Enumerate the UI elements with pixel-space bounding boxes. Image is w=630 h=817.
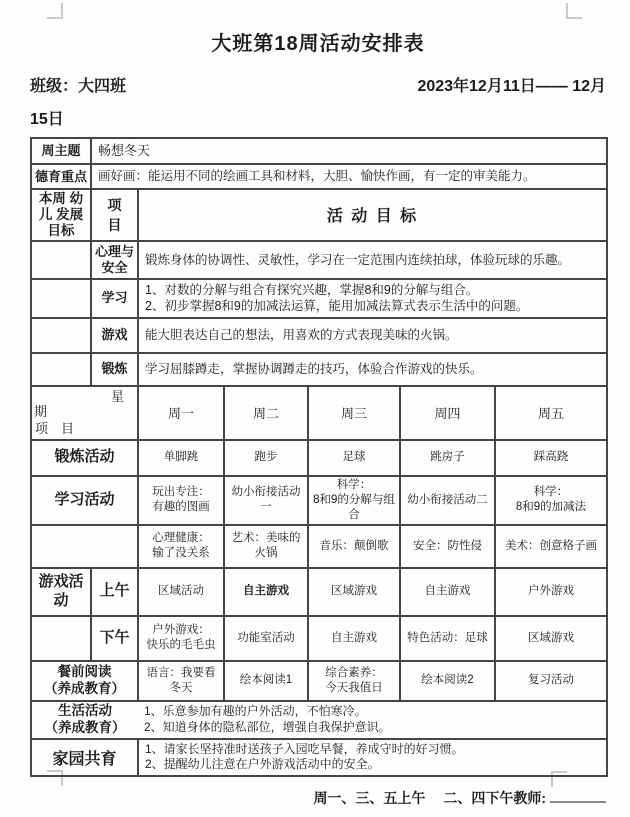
goal-text: 1、对数的分解与组合有探究兴趣，掌握8和9的分解与组合。 2、初步掌握8和9的加… [138, 279, 607, 318]
schedule-cell: 科学： 8和9的加减法 [495, 476, 607, 525]
day-header-thursday: 周四 [400, 386, 495, 440]
schedule-cell: 幼小衔接活动二 [400, 476, 495, 525]
row-goal-exercise: 锻炼 学习屈膝蹲走，掌握协调蹲走的技巧，体验合作游戏的快乐。 [31, 353, 607, 386]
goal-item-label: 锻炼 [91, 353, 138, 386]
schedule-cell: 复习活动 [495, 661, 607, 701]
learning-activity-label: 学习活动 [31, 476, 138, 525]
row-life-activity: 生活活动 （养成教育） 1、乐意参加有趣的户外活动，不怕寒冷。 2、知道身体的隐… [31, 701, 607, 739]
schedule-cell: 安全：防性侵 [400, 525, 495, 568]
schedule-cell: 区域活动 [138, 568, 224, 616]
goal-text: 能大胆表达自己的想法，用喜欢的方式表现美味的火锅。 [138, 318, 607, 353]
day-header-friday: 周五 [495, 386, 607, 440]
schedule-cell: 绘本阅读1 [224, 661, 308, 701]
row-moral-focus: 德育重点 画好画：能运用不同的绘画工具和材料，大胆、愉快作画，有一定的审美能力。 [31, 164, 607, 189]
empty-label-cell [31, 616, 91, 661]
row-game-morning: 游戏活动 上午 区域活动 自主游戏 区域游戏 自主游戏 户外游戏 [31, 568, 607, 616]
pre-meal-reading-label: 餐前阅读 （养成教育） [31, 661, 138, 701]
exercise-activity-label: 锻炼活动 [31, 440, 138, 476]
class-name: 班级：大四班 [30, 73, 126, 96]
row-goal-header: 本周 幼儿 发展 目标 项 目 活 动 目 标 [31, 189, 607, 241]
week-theme-value: 畅想冬天 [91, 138, 607, 164]
row-learning-activity-1: 学习活动 玩出专注： 有趣的图画 幼小衔接活动一 科学： 8和9的分解与组合 幼… [31, 476, 607, 525]
schedule-cell: 区域游戏 [495, 616, 607, 661]
day-header-monday: 周一 [138, 386, 224, 440]
goal-text: 锻炼身体的协调性、灵敏性，学习在一定范围内连续拍球，体验玩球的乐趣。 [138, 241, 607, 279]
dev-goal-label: 本周 幼儿 发展 目标 [31, 189, 91, 241]
document-title: 大班第18周活动安排表 [30, 27, 606, 56]
schedule-cell: 科学： 8和9的分解与组合 [308, 476, 400, 525]
moral-focus-label: 德育重点 [31, 164, 91, 189]
schedule-cell: 功能室活动 [224, 616, 308, 661]
meta-row: 班级：大四班 2023年12月11日—— 12月 [30, 73, 606, 96]
date-range-continued: 15日 [30, 106, 606, 129]
day-header-tuesday: 周二 [224, 386, 308, 440]
footer-note: 周一、三、五上午 二、四下午教师: [30, 788, 606, 808]
goal-item-label: 心理与安全 [91, 241, 138, 279]
item-column-header: 项 目 [91, 189, 138, 241]
afternoon-label: 下午 [91, 616, 138, 661]
row-goal-learning: 学习 1、对数的分解与组合有探究兴趣，掌握8和9的分解与组合。 2、初步掌握8和… [31, 279, 607, 318]
schedule-cell: 跑步 [224, 440, 308, 476]
schedule-cell: 美术：创意格子画 [495, 525, 607, 568]
life-activity-text: 1、乐意参加有趣的户外活动，不怕寒冷。 2、知道身体的隐私部位，增强自我保护意识… [138, 701, 607, 739]
corner-qi-char: 期 [34, 405, 47, 418]
moral-focus-value: 画好画：能运用不同的绘画工具和材料，大胆、愉快作画，有一定的审美能力。 [91, 164, 607, 189]
row-exercise-activity: 锻炼活动 单脚跳 跑步 足球 跳房子 踩高跷 [31, 440, 607, 476]
row-goal-game: 游戏 能大胆表达自己的想法，用喜欢的方式表现美味的火锅。 [31, 318, 607, 353]
document-page: 大班第18周活动安排表 班级：大四班 2023年12月11日—— 12月 15日… [30, 0, 606, 808]
schedule-cell: 幼小衔接活动一 [224, 476, 308, 525]
row-pre-meal-reading: 餐前阅读 （养成教育） 语言：我要看冬天 绘本阅读1 综合素养： 今天我值日 绘… [31, 661, 607, 701]
schedule-cell: 综合素养： 今天我值日 [308, 661, 400, 701]
schedule-cell: 玩出专注： 有趣的图画 [138, 476, 224, 525]
schedule-cell: 跳房子 [400, 440, 495, 476]
dev-goal-spacer-cell [31, 279, 91, 318]
dev-goal-spacer-cell [31, 318, 91, 353]
schedule-cell: 踩高跷 [495, 440, 607, 476]
goal-item-label: 游戏 [91, 318, 138, 353]
home-school-label: 家园共育 [31, 739, 138, 777]
row-goal-psych-safety: 心理与安全 锻炼身体的协调性、灵敏性，学习在一定范围内连续拍球，体验玩球的乐趣。 [31, 241, 607, 279]
dev-goal-spacer-cell [31, 241, 91, 279]
row-learning-activity-2: 心理健康： 输了没关系 艺术：美味的火锅 音乐：颠倒歌 安全：防性侵 美术：创意… [31, 525, 607, 568]
teacher-signature-line [550, 789, 606, 803]
teachers-note: 周一、三、五上午 二、四下午教师: [313, 790, 546, 806]
schedule-cell: 自主游戏 [400, 568, 495, 616]
empty-label-cell [31, 525, 138, 568]
corner-star-char: 星 [111, 390, 124, 403]
game-activity-label: 游戏活动 [31, 568, 91, 616]
week-theme-label: 周主题 [31, 138, 91, 164]
schedule-cell: 自主游戏 [308, 616, 400, 661]
schedule-cell: 区域游戏 [308, 568, 400, 616]
schedule-table: 周主题 畅想冬天 德育重点 画好画：能运用不同的绘画工具和材料，大胆、愉快作画，… [30, 137, 608, 777]
schedule-cell: 音乐：颠倒歌 [308, 525, 400, 568]
corner-header-cell: 星 期 项 目 [31, 386, 138, 440]
schedule-cell: 语言：我要看冬天 [138, 661, 224, 701]
schedule-cell: 户外游戏： 快乐的毛毛虫 [138, 616, 224, 661]
schedule-cell: 单脚跳 [138, 440, 224, 476]
day-header-wednesday: 周三 [308, 386, 400, 440]
dev-goal-spacer-cell [31, 353, 91, 386]
date-range: 2023年12月11日—— 12月 [417, 73, 606, 96]
schedule-cell: 自主游戏 [224, 568, 308, 616]
home-school-text: 1、请家长坚持准时送孩子入园吃早餐，养成守时的好习惯。 2、提醒幼儿注意在户外游… [138, 739, 607, 777]
row-week-theme: 周主题 畅想冬天 [31, 138, 607, 164]
corner-item-label: 项 目 [35, 422, 74, 435]
schedule-cell: 艺术：美味的火锅 [224, 525, 308, 568]
schedule-cell: 绘本阅读2 [400, 661, 495, 701]
schedule-cell: 足球 [308, 440, 400, 476]
row-home-school: 家园共育 1、请家长坚持准时送孩子入园吃早餐，养成守时的好习惯。 2、提醒幼儿注… [31, 739, 607, 777]
schedule-cell: 心理健康： 输了没关系 [138, 525, 224, 568]
row-day-headers: 星 期 项 目 周一 周二 周三 周四 周五 [31, 386, 607, 440]
life-activity-label: 生活活动 （养成教育） [31, 701, 138, 739]
goal-text: 学习屈膝蹲走，掌握协调蹲走的技巧，体验合作游戏的快乐。 [138, 353, 607, 386]
schedule-cell: 特色活动：足球 [400, 616, 495, 661]
goal-column-header: 活 动 目 标 [138, 189, 607, 241]
morning-label: 上午 [91, 568, 138, 616]
row-game-afternoon: 下午 户外游戏： 快乐的毛毛虫 功能室活动 自主游戏 特色活动：足球 区域游戏 [31, 616, 607, 661]
schedule-cell: 户外游戏 [495, 568, 607, 616]
goal-item-label: 学习 [91, 279, 138, 318]
